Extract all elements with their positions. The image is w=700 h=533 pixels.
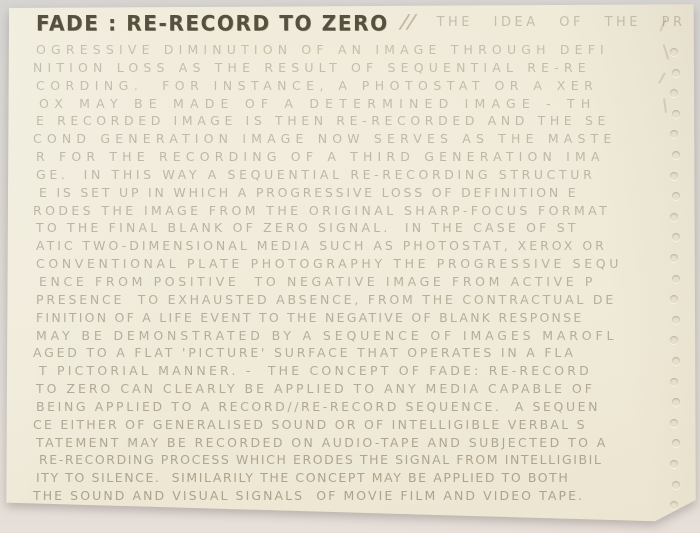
text-line: E RECORDED IMAGE IS THEN RE-RECORDED AND…: [36, 112, 682, 130]
paper-shadow: FADE : RE-RECORD TO ZERO // THE IDEA OF …: [0, 0, 700, 533]
text-line: GE. IN THIS WAY A SEQUENTIAL RE-RECORDIN…: [36, 166, 682, 184]
body-text: OGRESSIVE DIMINUTION OF AN IMAGE THROUGH…: [36, 41, 682, 505]
text-line: THE SOUND AND VISUAL SIGNALS OF MOVIE FI…: [33, 487, 679, 505]
text-line: TO ZERO CAN CLEARLY BE APPLIED TO ANY ME…: [36, 380, 682, 398]
text-line: CONVENTIONAL PLATE PHOTOGRAPHY THE PROGR…: [36, 255, 682, 273]
title-row: FADE : RE-RECORD TO ZERO // THE IDEA OF …: [36, 11, 682, 38]
faint-margin-marks: [658, 14, 672, 134]
text-line: ITY TO SILENCE. SIMILARILY THE CONCEPT M…: [36, 469, 682, 487]
scan-backdrop: FADE : RE-RECORD TO ZERO // THE IDEA OF …: [0, 0, 700, 533]
text-line: BEING APPLIED TO A RECORD//RE-RECORD SEQ…: [36, 398, 682, 416]
page-title: FADE : RE-RECORD TO ZERO: [36, 10, 389, 35]
text-line: R FOR THE RECORDING OF A THIRD GENERATIO…: [36, 148, 682, 166]
text-line: MAY BE DEMONSTRATED BY A SEQUENCE OF IMA…: [36, 327, 682, 345]
text-line: FINITION OF A LIFE EVENT TO THE NEGATIVE…: [36, 309, 682, 327]
text-line: CE EITHER OF GENERALISED SOUND OR OF INT…: [33, 416, 679, 434]
text-line: CORDING. FOR INSTANCE, A PHOTOSTAT OR A …: [36, 77, 682, 95]
text-line: COND GENERATION IMAGE NOW SERVES AS THE …: [33, 130, 679, 148]
text-line: E IS SET UP IN WHICH A PROGRESSIVE LOSS …: [39, 184, 685, 202]
text-line: ATIC TWO-DIMENSIONAL MEDIA SUCH AS PHOTO…: [36, 237, 682, 255]
text-line: RODES THE IMAGE FROM THE ORIGINAL SHARP-…: [33, 202, 679, 220]
text-line: OGRESSIVE DIMINUTION OF AN IMAGE THROUGH…: [36, 41, 682, 59]
text-line: PRESENCE TO EXHAUSTED ABSENCE, FROM THE …: [36, 291, 682, 309]
text-line: T PICTORIAL MANNER. - THE CONCEPT OF FAD…: [39, 362, 685, 380]
text-line: RE-RECORDING PROCESS WHICH ERODES THE SI…: [39, 451, 685, 469]
lettered-text-block: FADE : RE-RECORD TO ZERO // THE IDEA OF …: [36, 11, 682, 505]
first-line-text: THE IDEA OF THE PR: [437, 11, 686, 30]
text-line: TO THE FINAL BLANK OF ZERO SIGNAL. IN TH…: [36, 219, 682, 237]
text-line: ENCE FROM POSITIVE TO NEGATIVE IMAGE FRO…: [39, 273, 685, 291]
double-slash-mark: //: [397, 11, 418, 33]
text-line: AGED TO A FLAT 'PICTURE' SURFACE THAT OP…: [33, 344, 679, 362]
text-line: OX MAY BE MADE OF A DETERMINED IMAGE - T…: [39, 95, 685, 113]
paper-sheet: FADE : RE-RECORD TO ZERO // THE IDEA OF …: [0, 0, 700, 533]
text-line: TATEMENT MAY BE RECORDED ON AUDIO-TAPE A…: [36, 434, 682, 452]
text-line: NITION LOSS AS THE RESULT OF SEQUENTIAL …: [33, 59, 679, 77]
